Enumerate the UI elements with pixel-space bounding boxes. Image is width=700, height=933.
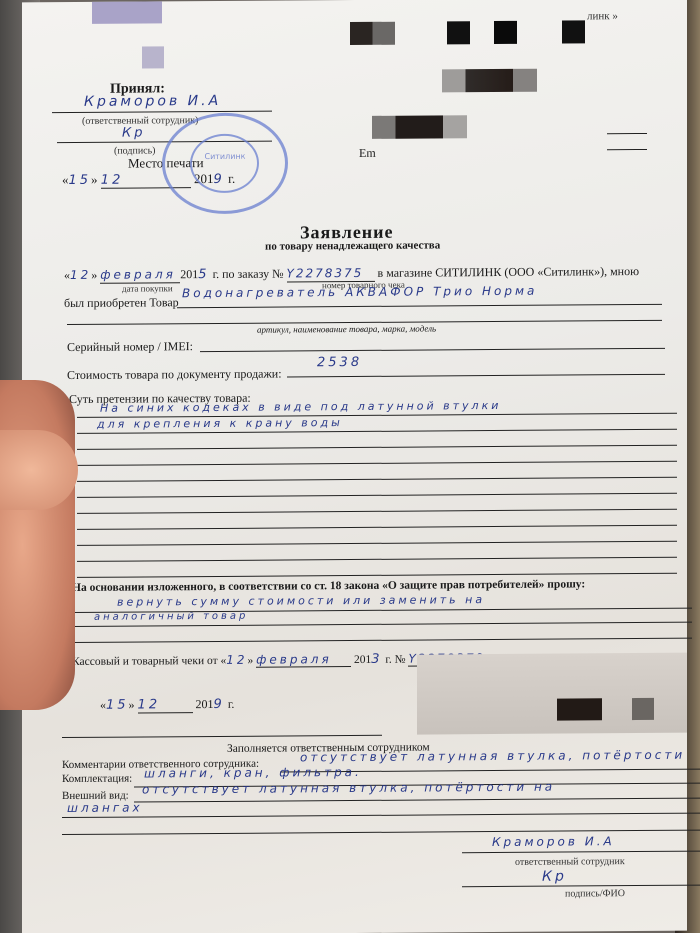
signature-handwritten: Кр <box>122 125 145 140</box>
thumb <box>0 430 78 510</box>
claim-form-paper: Принял: Краморов И.А (ответственный сотр… <box>22 0 687 933</box>
product-caption: артикул, наименование товара, марка, мод… <box>257 323 436 334</box>
price-label: Стоимость товара по документу продажи: <box>67 367 282 383</box>
redacted-block <box>632 698 654 720</box>
redacted-block <box>372 115 467 139</box>
appearance-line-2: шлангах <box>67 800 143 815</box>
basis-text: На основании изложенного, в соответствии… <box>72 578 585 594</box>
serial-label: Серийный номер / IMEI: <box>67 339 193 355</box>
document-subtitle: по товару ненадлежащего качества <box>265 239 440 252</box>
redacted-block <box>494 21 517 44</box>
employee-name-handwritten: Краморов И.А <box>492 834 615 849</box>
request-line-1: вернуть сумму стоимости или заменить на <box>117 593 485 609</box>
product-label: был приобретен Товар <box>64 295 179 311</box>
employee-signature: Кр <box>542 869 567 885</box>
appearance-line-1: отсутствует латунная втулка, потёртости … <box>142 780 555 797</box>
redacted-company-tail: линк » <box>587 10 618 22</box>
date-caption: дата покупки <box>122 283 173 293</box>
accepted-name-handwritten: Краморов И.А <box>84 93 221 110</box>
kit-label: Комплектация: <box>62 773 132 785</box>
redacted-block <box>562 20 585 43</box>
product-handwritten: Водонагреватель АКВАФОР Трио Норма <box>182 284 537 300</box>
email-label: Em <box>359 146 376 161</box>
kit-value: шланги, кран, фильтра. <box>144 765 362 781</box>
company-stamp: Ситилинк <box>162 112 288 214</box>
redacted-block <box>447 21 470 44</box>
redacted-block <box>350 22 395 45</box>
signed-date: «15» 12 2019 г. <box>100 697 234 714</box>
redacted-block <box>92 1 162 23</box>
claim-line-2: для крепления к крану воды <box>97 416 343 431</box>
redacted-block <box>442 69 537 93</box>
signature-fio-caption: подпись/ФИО <box>565 888 625 899</box>
redacted-block <box>142 46 164 68</box>
comments-value: отсутствует латунная втулка, потёртости <box>300 748 685 765</box>
redacted-block <box>557 698 602 720</box>
employee-caption: ответственный сотрудник <box>515 856 625 868</box>
redacted-block <box>417 653 687 735</box>
price-value: 2538 <box>317 355 362 370</box>
claim-line-1: На синих кодеках в виде под латунной вту… <box>100 399 501 415</box>
